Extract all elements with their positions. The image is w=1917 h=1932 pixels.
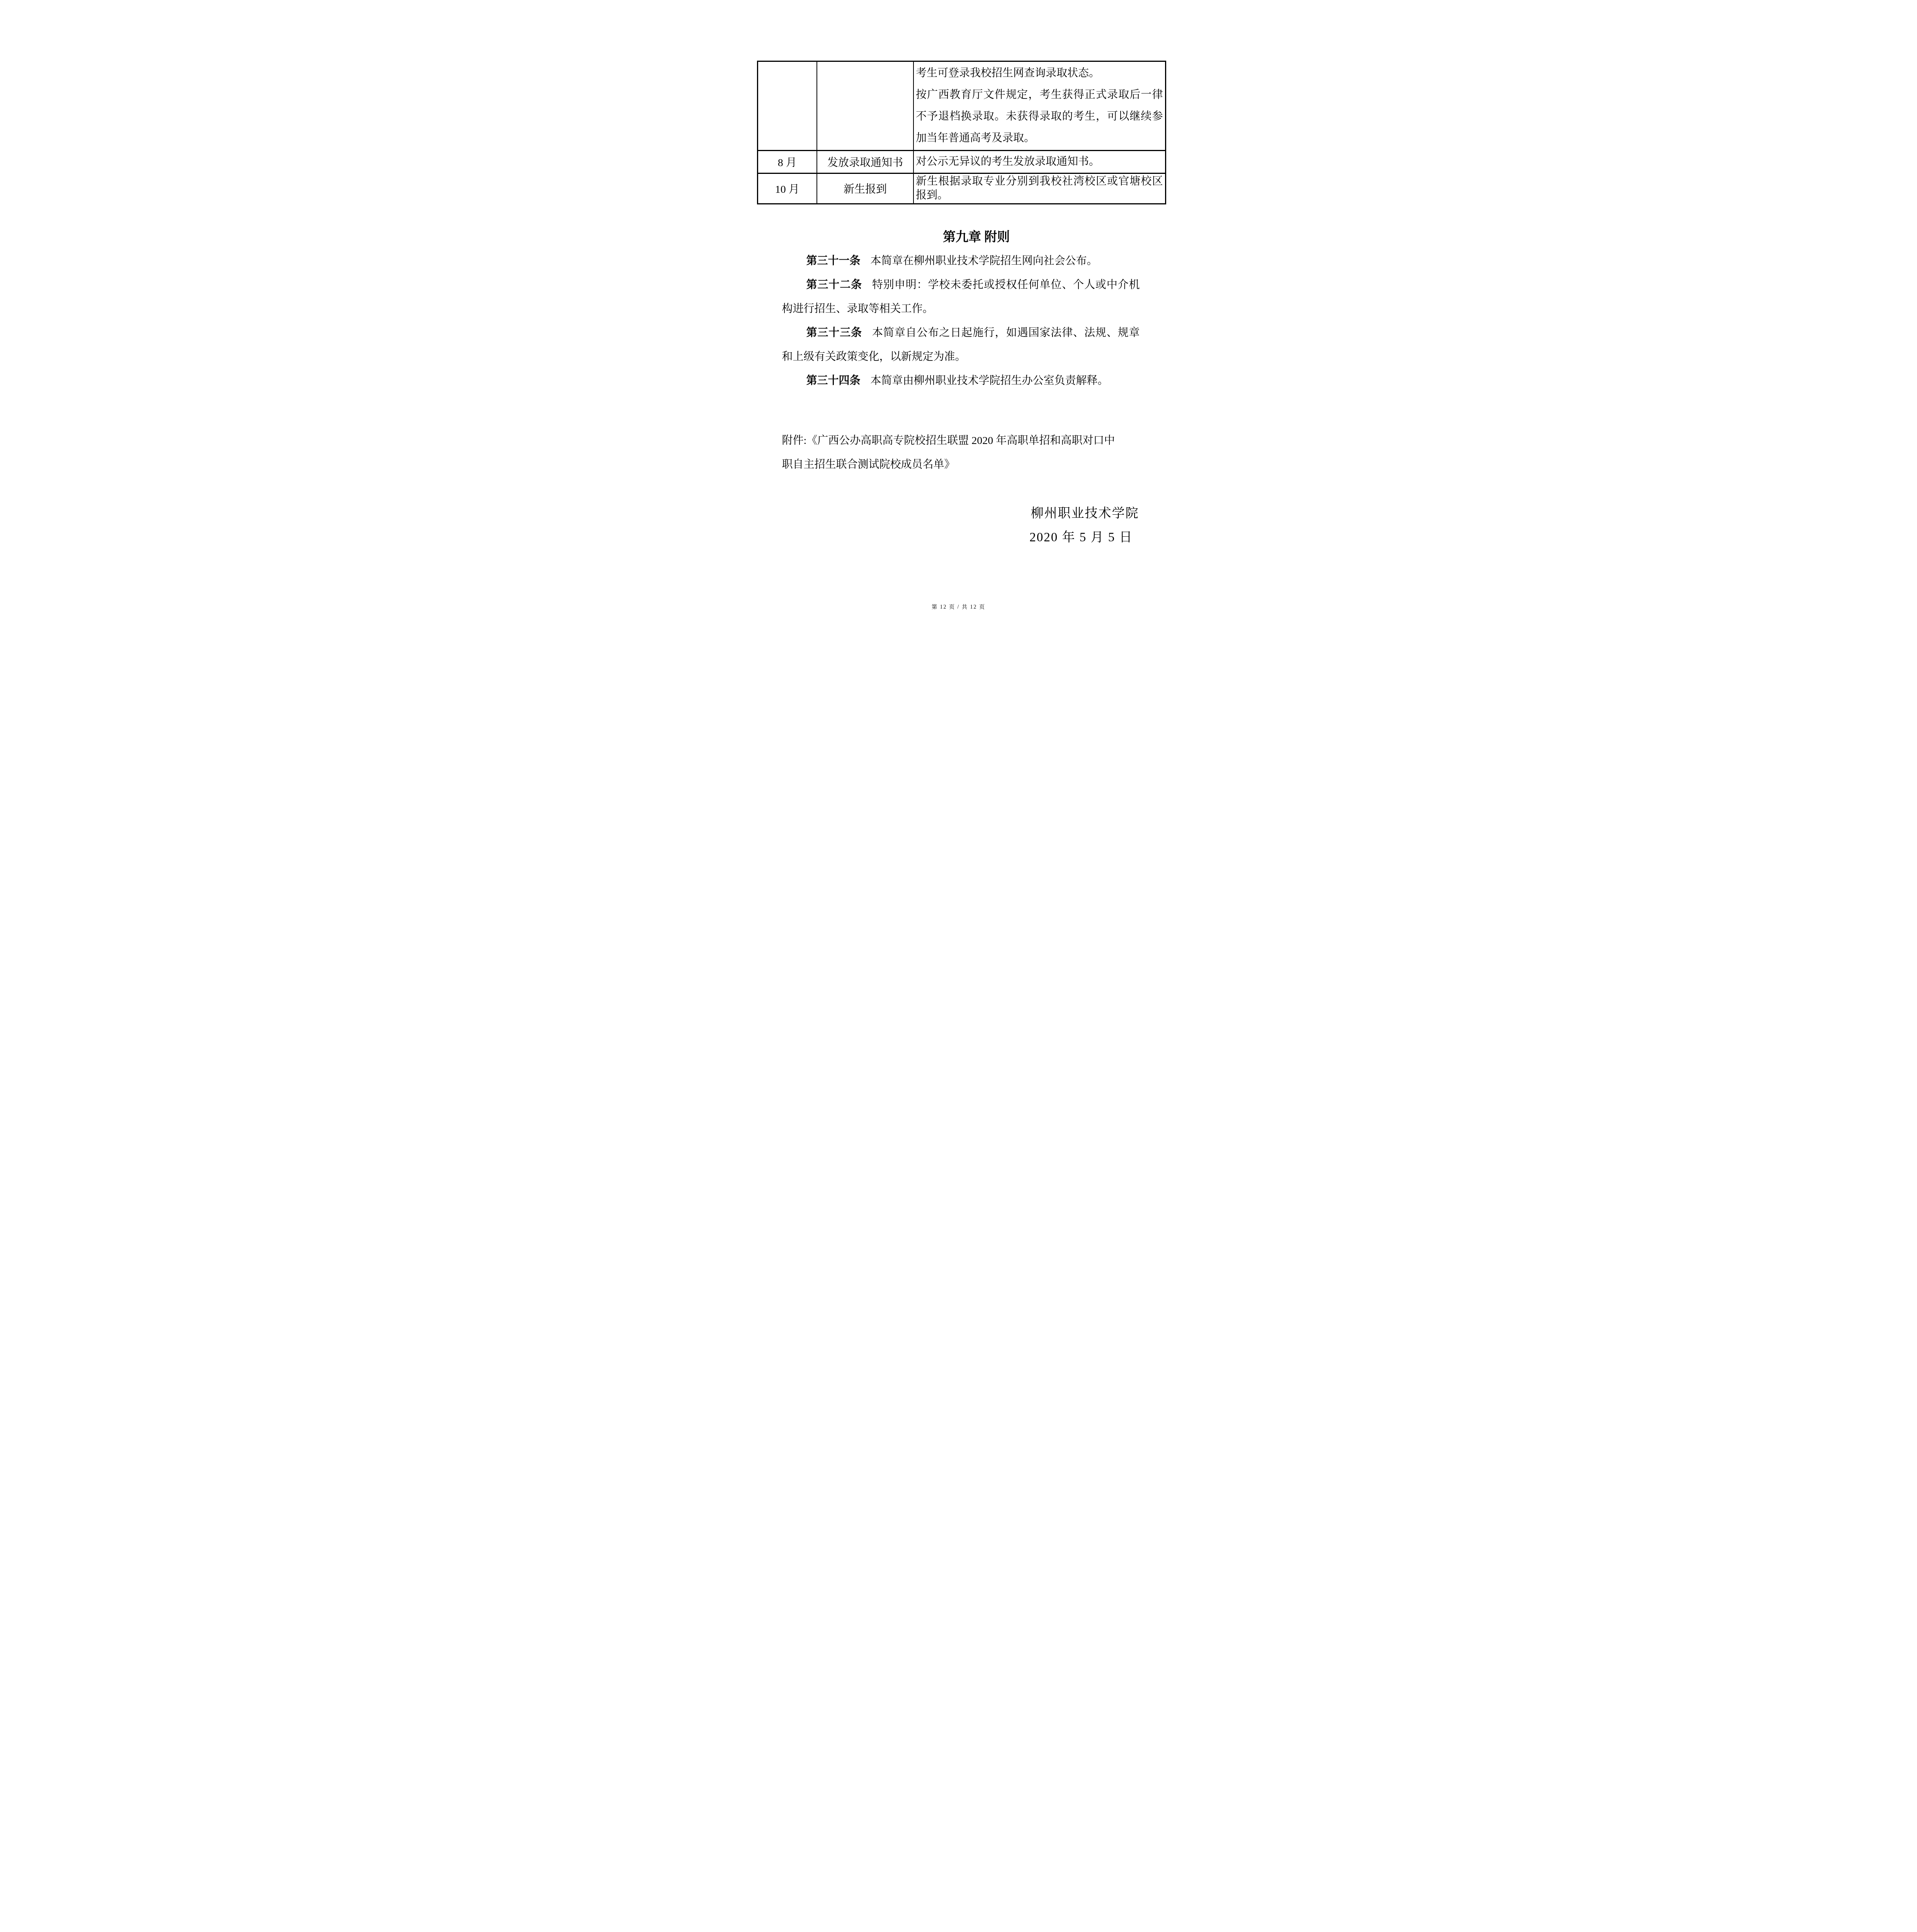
attachment-note: 附件:《广西公办高职高专院校招生联盟 2020 年高职单招和高职对口中 职自主招…: [782, 429, 1140, 477]
table-row-continuation: 考生可登录我校招生网查询录取状态。 按广西教育厅文件规定，考生获得正式录取后一律…: [757, 61, 1165, 151]
article-33: 第三十三条本简章自公布之日起施行，如遇国家法律、法规、规章和上级有关政策变化，以…: [782, 321, 1140, 369]
chapter-heading: 第九章 附则: [798, 225, 1155, 249]
action-cell: [817, 61, 913, 151]
article-number: 第三十四条: [806, 375, 861, 387]
desc-paragraph: 对公示无异议的考生发放录取通知书。: [916, 155, 1163, 169]
article-34: 第三十四条本简章由柳州职业技术学院招生办公室负责解释。: [782, 369, 1140, 393]
action-cell: 发放录取通知书: [817, 151, 913, 173]
month-cell: 10 月: [757, 173, 817, 204]
desc-paragraph: 考生可登录我校招生网查询录取状态。: [916, 63, 1163, 84]
desc-paragraph: 新生根据录取专业分别到我校社湾校区或官塘校区报到。: [916, 175, 1163, 202]
table-row-october: 10 月 新生报到 新生根据录取专业分别到我校社湾校区或官塘校区报到。: [757, 173, 1165, 204]
attachment-line: 职自主招生联合测试院校成员名单》: [782, 453, 1140, 477]
article-32: 第三十二条特别申明：学校未委托或授权任何单位、个人或中介机构进行招生、录取等相关…: [782, 273, 1140, 321]
article-text: 本简章由柳州职业技术学院招生办公室负责解释。: [871, 375, 1109, 387]
signature-organization: 柳州职业技术学院: [782, 502, 1140, 526]
table-row-august: 8 月 发放录取通知书 对公示无异议的考生发放录取通知书。: [757, 151, 1165, 173]
article-number: 第三十一条: [806, 255, 861, 267]
desc-cell: 对公示无异议的考生发放录取通知书。: [913, 151, 1165, 173]
attachment-line: 附件:《广西公办高职高专院校招生联盟 2020 年高职单招和高职对口中: [782, 429, 1140, 453]
desc-cell: 新生根据录取专业分别到我校社湾校区或官塘校区报到。: [913, 173, 1165, 204]
article-number: 第三十二条: [806, 279, 862, 291]
signature-date: 2020 年 5 月 5 日: [782, 526, 1140, 549]
article-number: 第三十三条: [806, 327, 862, 339]
admission-schedule-table: 考生可登录我校招生网查询录取状态。 按广西教育厅文件规定，考生获得正式录取后一律…: [757, 61, 1166, 204]
article-31: 第三十一条本简章在柳州职业技术学院招生网向社会公布。: [782, 249, 1140, 273]
month-cell: [757, 61, 817, 151]
article-text: 本简章在柳州职业技术学院招生网向社会公布。: [871, 255, 1098, 267]
desc-paragraph: 按广西教育厅文件规定，考生获得正式录取后一律不予退档换录取。未获得录取的考生，可…: [916, 84, 1163, 149]
action-cell: 新生报到: [817, 173, 913, 204]
page-footer: 第 12 页 / 共 12 页: [719, 602, 1198, 613]
month-cell: 8 月: [757, 151, 817, 173]
document-page: 考生可登录我校招生网查询录取状态。 按广西教育厅文件规定，考生获得正式录取后一律…: [719, 0, 1198, 678]
body-text-column: 第九章 附则 第三十一条本简章在柳州职业技术学院招生网向社会公布。 第三十二条特…: [782, 225, 1140, 549]
desc-cell: 考生可登录我校招生网查询录取状态。 按广西教育厅文件规定，考生获得正式录取后一律…: [913, 61, 1165, 151]
